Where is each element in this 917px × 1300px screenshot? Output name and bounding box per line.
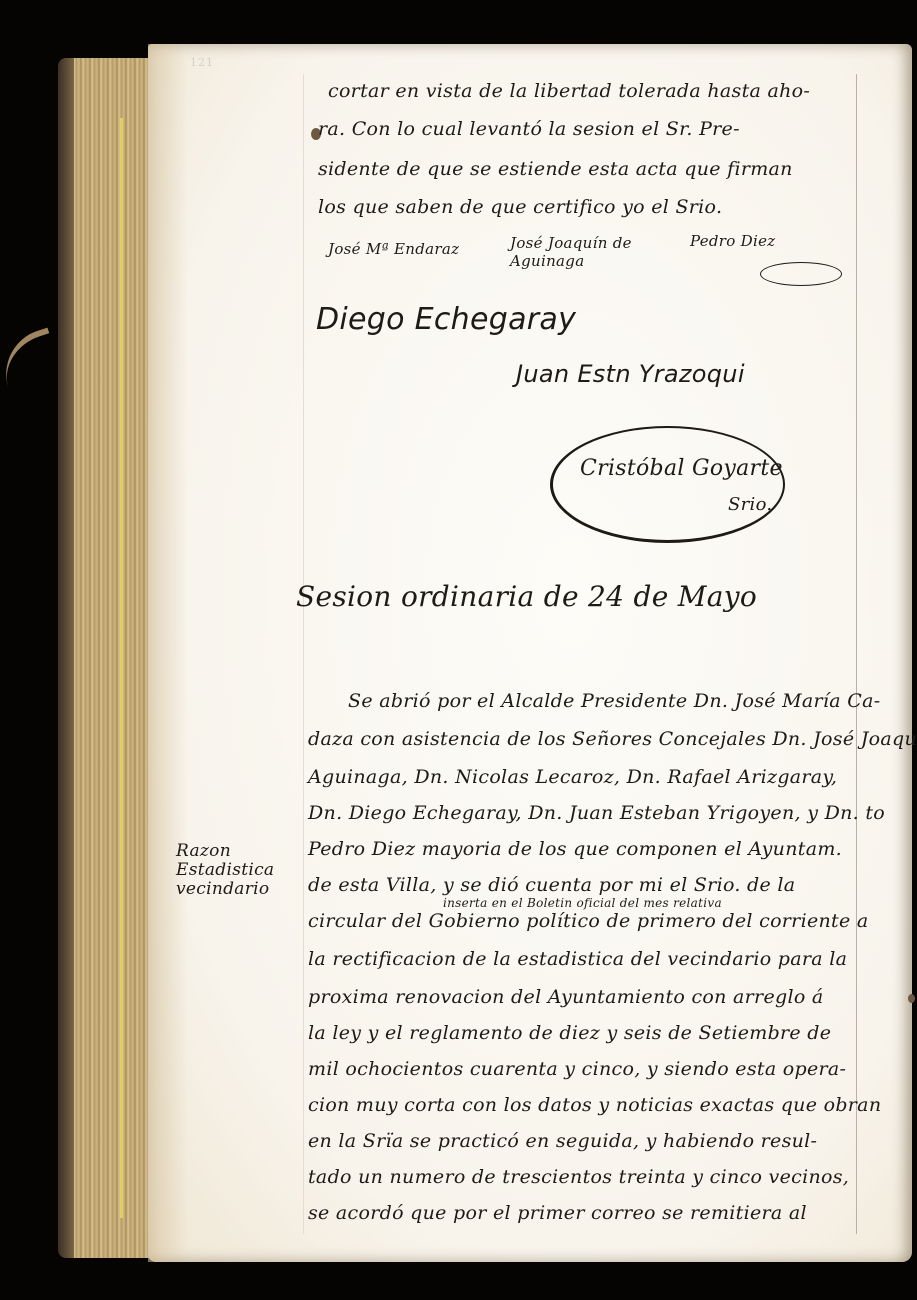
folio-number: 121 — [190, 56, 214, 69]
session-heading: Sesion ordinaria de 24 de Mayo — [296, 580, 757, 613]
text-line: en la Srïa se practicó en seguida, y hab… — [308, 1130, 817, 1152]
ribbon-bookmark — [0, 327, 62, 388]
text-line: daza con asistencia de los Señores Conce… — [308, 728, 917, 750]
signature: Pedro Diez — [690, 232, 775, 250]
text-line: la rectificacion de la estadistica del v… — [308, 948, 847, 970]
signature-flourish — [760, 262, 842, 286]
text-line: se acordó que por el primer correo se re… — [308, 1202, 807, 1224]
text-line: ra. Con lo cual levantó la sesion el Sr.… — [318, 118, 740, 140]
text-line: Dn. Diego Echegaray, Dn. Juan Esteban Yr… — [308, 802, 885, 824]
text-line: la ley y el reglamento de diez y seis de… — [308, 1022, 831, 1044]
text-line: Pedro Diez mayoria de los que componen e… — [308, 838, 842, 860]
text-line: los que saben de que certifico yo el Sri… — [318, 196, 722, 218]
interlinear-insertion: inserta en el Boletin oficial del mes re… — [443, 896, 722, 910]
signature: José Joaquín de Aguinaga — [510, 234, 640, 270]
text-line: Aguinaga, Dn. Nicolas Lecaroz, Dn. Rafae… — [308, 766, 837, 788]
signature: José Mª Endaraz — [328, 240, 459, 258]
text-line: proxima renovacion del Ayuntamiento con … — [308, 986, 824, 1008]
signature-role: Srio. — [728, 494, 772, 515]
text-line: sidente de que se estiende esta acta que… — [318, 158, 793, 180]
text-line: mil ochocientos cuarenta y cinco, y sien… — [308, 1058, 846, 1080]
page-stain — [908, 994, 915, 1003]
signature: Cristóbal Goyarte — [580, 456, 783, 481]
text-line: de esta Villa, y se dió cuenta por mi el… — [308, 874, 795, 896]
signature: Diego Echegaray — [316, 302, 576, 337]
text-line: cortar en vista de la libertad tolerada … — [328, 80, 810, 102]
signature: Juan Estn Yrazoqui — [516, 360, 745, 388]
text-line: Se abrió por el Alcalde Presidente Dn. J… — [348, 690, 880, 712]
right-margin-rule — [856, 74, 857, 1234]
margin-note: Razon Estadistica vecindario — [176, 842, 286, 899]
left-margin-rule — [303, 74, 304, 1234]
gutter-shadow — [148, 44, 188, 1262]
text-line: cion muy corta con los datos y noticias … — [308, 1094, 881, 1116]
manuscript-page: 121 cortar en vista de la libertad toler… — [148, 44, 912, 1262]
text-line: tado un numero de trescientos treinta y … — [308, 1166, 849, 1188]
secretary-rubric — [550, 426, 785, 543]
text-line: circular del Gobierno político de primer… — [308, 910, 868, 932]
